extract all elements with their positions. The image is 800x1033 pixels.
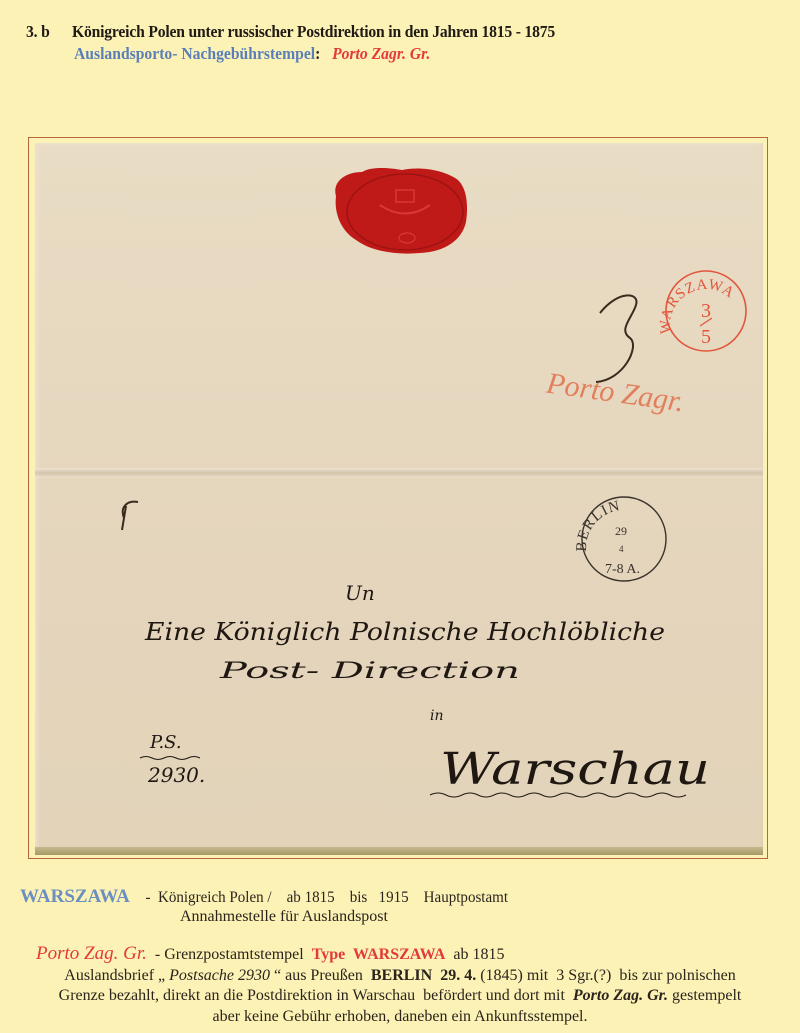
p1-italic: Postsache 2930: [169, 967, 270, 984]
p1-bold: BERLIN 29. 4.: [371, 967, 476, 984]
svg-text:Eine Königlich Polnische Hochl: Eine Königlich Polnische Hochlöbliche: [144, 618, 665, 646]
caption-stamp-line: Porto Zag. Gr. - Grenzpostamtstempel Typ…: [0, 944, 800, 966]
caption-porto-desc: - Grenzpostamtstempel: [147, 946, 312, 963]
letter-markings: WARSZAWA 3 5 Porto Zagr. BERLIN 29 4 7-8…: [0, 0, 800, 1033]
svg-text:Post- Direction: Post- Direction: [218, 659, 520, 684]
caption-line1: - Königreich Polen / ab 1815 bis 1915 Ha…: [142, 889, 508, 907]
svg-text:29: 29: [615, 524, 627, 538]
album-page: 3. bKönigreich Polen unter russischer Po…: [0, 0, 800, 1033]
berlin-postmark: BERLIN 29 4 7-8 A.: [574, 497, 666, 581]
svg-text:WARSZAWA: WARSZAWA: [658, 277, 738, 335]
caption-description: Porto Zag. Gr. - Grenzpostamtstempel Typ…: [0, 944, 800, 1027]
svg-text:Warschau: Warschau: [440, 744, 710, 795]
caption-para-2: Grenze bezahlt, direkt an die Postdirekt…: [0, 986, 800, 1007]
svg-text:4: 4: [619, 544, 624, 554]
caption-para-3: aber keine Gebühr erhoben, daneben ein A…: [0, 1007, 800, 1028]
caption-para-1: Auslandsbrief „ Postsache 2930 “ aus Pre…: [0, 966, 800, 987]
p1-c: (1845) mit 3 Sgr.(?) bis zur polnischen: [476, 967, 736, 984]
svg-text:2930.: 2930.: [147, 763, 205, 787]
p2-bold-italic: Porto Zag. Gr.: [573, 987, 668, 1004]
address-script: Un Eine Königlich Polnische Hochlöbliche…: [144, 581, 710, 797]
wax-seal: [335, 168, 467, 254]
svg-text:in: in: [430, 708, 444, 724]
p1-a: Auslandsbrief „: [64, 967, 169, 984]
caption-place: WARSZAWA: [20, 886, 130, 907]
svg-text:7-8 A.: 7-8 A.: [605, 562, 640, 577]
caption-type: Type WARSZAWA: [312, 946, 446, 963]
p1-b: “ aus Preußen: [270, 967, 371, 984]
caption-line1-sub: Annahmestelle für Auslandspost: [180, 908, 388, 926]
caption-postoffice: WARSZAWA - Königreich Polen / ab 1815 bi…: [20, 886, 520, 908]
p2-a: Grenze bezahlt, direkt an die Postdirekt…: [59, 987, 573, 1004]
svg-text:5: 5: [701, 326, 711, 348]
marking-5: [122, 502, 138, 530]
caption-type-since: ab 1815: [445, 946, 504, 963]
caption-porto-label: Porto Zag. Gr.: [36, 943, 147, 964]
reference-note: P.S. 2930.: [140, 732, 205, 787]
svg-text:3: 3: [701, 300, 711, 322]
warszawa-postmark: WARSZAWA 3 5: [658, 271, 746, 351]
manuscript-rate-3: [596, 295, 636, 382]
p2-b: gestempelt: [668, 987, 741, 1004]
svg-text:Un: Un: [345, 581, 375, 605]
svg-text:P.S.: P.S.: [149, 732, 182, 753]
